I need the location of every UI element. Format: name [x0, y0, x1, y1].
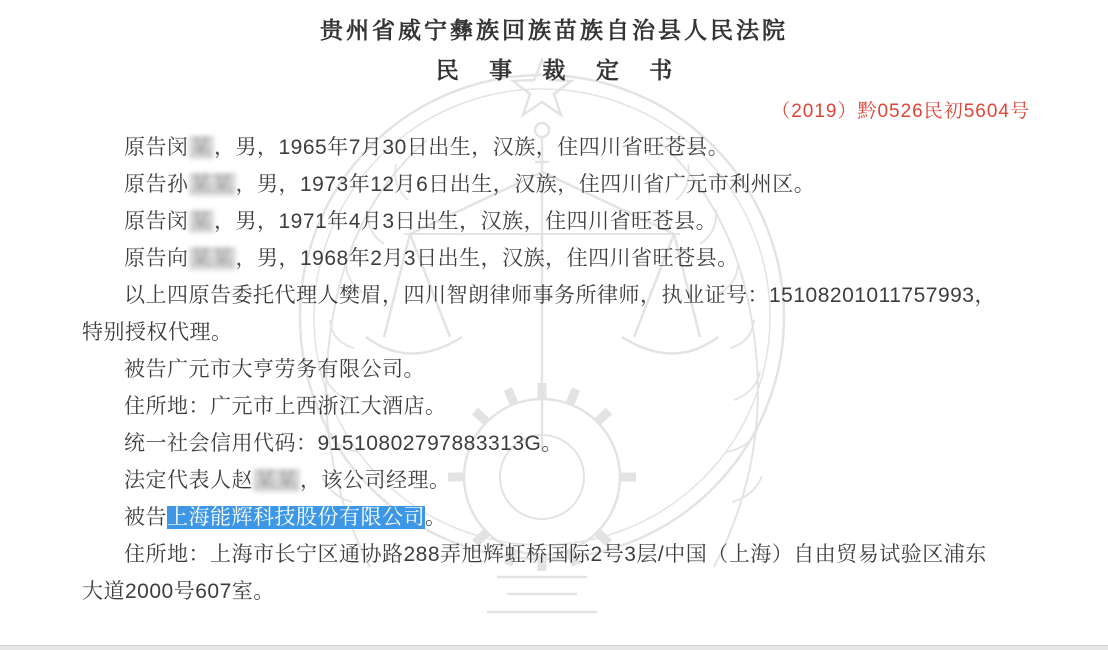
paragraph-text: 。	[425, 506, 447, 529]
paragraph-text: ，男，1968年2月3日出生，汉族，住四川省旺苍县。	[236, 247, 739, 270]
paragraph-text: 住所地：上海市长宁区通协路288弄旭辉虹桥国际2号3层/中国（上海）自由贸易试验…	[82, 543, 987, 603]
redacted-name: 某某	[189, 173, 236, 196]
paragraph-text: 被告广元市大亨劳务有限公司。	[124, 358, 425, 381]
redacted-name: 某某	[253, 469, 300, 492]
paragraph-7: 住所地：广元市上西浙江大酒店。	[82, 388, 1008, 425]
paragraph-text: 原告闵	[124, 136, 189, 159]
paragraph-1: 原告闵某，男，1965年7月30日出生，汉族，住四川省旺苍县。	[82, 129, 1008, 166]
paragraph-text: 原告闵	[124, 210, 189, 233]
redacted-name: 某某	[189, 247, 236, 270]
document-content: 贵州省威宁彝族回族苗族自治县人民法院 民 事 裁 定 书 （2019）黔0526…	[0, 0, 1108, 610]
paragraph-text: ，男，1973年12月6日出生，汉族，住四川省广元市利州区。	[236, 173, 816, 196]
paragraph-3: 原告闵某，男，1971年4月3日出生，汉族，住四川省旺苍县。	[82, 203, 1008, 240]
paragraph-text: 统一社会信用代码：91510802797883313G。	[124, 432, 563, 455]
document-body: 原告闵某，男，1965年7月30日出生，汉族，住四川省旺苍县。原告孙某某，男，1…	[0, 123, 1108, 610]
redacted-name: 某	[189, 136, 215, 159]
paragraph-6: 被告广元市大亨劳务有限公司。	[82, 351, 1008, 388]
paragraph-text: 原告向	[124, 247, 189, 270]
paragraph-8: 统一社会信用代码：91510802797883313G。	[82, 425, 1008, 462]
paragraph-11: 住所地：上海市长宁区通协路288弄旭辉虹桥国际2号3层/中国（上海）自由贸易试验…	[82, 536, 1008, 610]
paragraph-9: 法定代表人赵某某，该公司经理。	[82, 462, 1008, 499]
paragraph-text: 原告孙	[124, 173, 189, 196]
document-type-title: 民 事 裁 定 书	[0, 52, 1108, 85]
case-number: （2019）黔0526民初5604号	[0, 96, 1108, 123]
paragraph-10: 被告上海能辉科技股份有限公司。	[82, 499, 1008, 536]
paragraph-text: ，该公司经理。	[300, 469, 451, 492]
paragraph-4: 原告向某某，男，1968年2月3日出生，汉族，住四川省旺苍县。	[82, 240, 1008, 277]
highlighted-company-name: 上海能辉科技股份有限公司	[167, 506, 425, 529]
court-name-title: 贵州省威宁彝族回族苗族自治县人民法院	[0, 0, 1108, 45]
paragraph-text: ，男，1971年4月3日出生，汉族，住四川省旺苍县。	[214, 210, 717, 233]
paragraph-text: 法定代表人赵	[124, 469, 253, 492]
court-document-page: 贵州省威宁彝族回族苗族自治县人民法院 民 事 裁 定 书 （2019）黔0526…	[0, 0, 1108, 650]
page-bottom-edge	[0, 645, 1108, 650]
redacted-name: 某	[189, 210, 215, 233]
paragraph-text: 以上四原告委托代理人樊眉，四川智朗律师事务所律师，执业证号：1510820101…	[82, 284, 996, 344]
paragraph-text: 被告	[124, 506, 167, 529]
paragraph-2: 原告孙某某，男，1973年12月6日出生，汉族，住四川省广元市利州区。	[82, 166, 1008, 203]
paragraph-text: 住所地：广元市上西浙江大酒店。	[124, 395, 447, 418]
paragraph-5: 以上四原告委托代理人樊眉，四川智朗律师事务所律师，执业证号：1510820101…	[82, 277, 1008, 351]
paragraph-text: ，男，1965年7月30日出生，汉族，住四川省旺苍县。	[214, 136, 729, 159]
